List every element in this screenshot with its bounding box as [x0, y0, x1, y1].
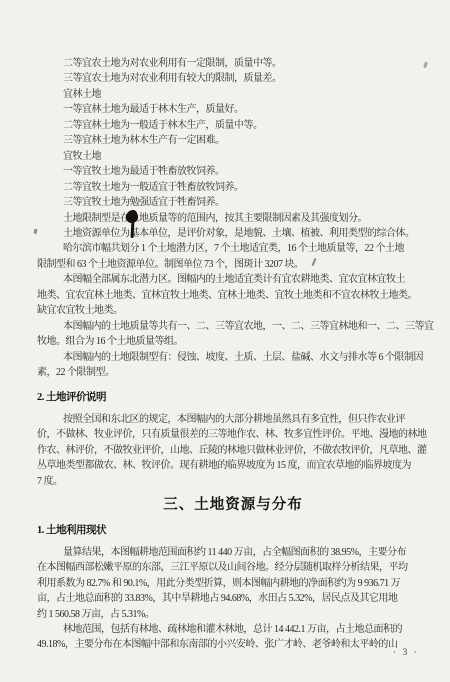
- text-line: 素，22 个限制型。: [37, 365, 429, 380]
- text-line: 哈尔滨市幅共划分 1 个土地潜力区，7 个土地适宜类，16 个土地质量等，22 …: [37, 241, 429, 256]
- text-line: 约 1 560.58 万亩，占 5.31%。: [37, 607, 429, 622]
- text-line: 地类、宜农宜林土地类、宜林宜牧土地类、宜林土地类、宜牧土地类和不宜农林牧土地类。: [37, 288, 429, 303]
- text-line: 三等宜林土地为林木生产有一定困难。: [37, 133, 429, 148]
- subsection-heading: 2. 土地评价说明: [37, 390, 429, 405]
- text-line: 限制型和 63 个土地资源单位。制图单位 73 个，图斑计 3207 块。: [37, 257, 429, 272]
- text-line: 土地限制型是在土地质量等的范围内，按其主要限制因素及其强度划分。: [37, 211, 429, 226]
- text-line: 林地范围，包括有林地、疏林地和灌木林地，总计 14 442.1 万亩，占土地总面…: [37, 622, 429, 637]
- text-line: 丛草地类型都做农、林、牧评价。现有耕地的临界坡度为 15 度，而宜农草地的临界坡…: [37, 458, 429, 473]
- text-line: 牧地。组合为 16 个土地质量等组。: [37, 334, 429, 349]
- text-line: 宜牧土地: [37, 149, 429, 164]
- text-line: 二等宜农土地为对农业利用有一定限制，质量中等。: [37, 56, 429, 71]
- text-line: 一等宜牧土地为最适于牲畜放牧饲养。: [37, 164, 429, 179]
- text-line: 量算结果，本图幅耕地范围面积约 11 440 万亩，占全幅图面积的 38.95%…: [37, 545, 429, 560]
- scanned-page: 二等宜农土地为对农业利用有一定限制，质量中等。三等宜农土地为对农业利用有较大的限…: [0, 0, 450, 682]
- text-line: 土地资源单位为基本单位，是评价对象，是地貌、土壤、植被、利用类型的综合体。: [37, 226, 429, 241]
- text-line: 缺宜农宜牧土地类。: [37, 303, 429, 318]
- text-line: 利用系数为 82.7% 和 90.1%，用此分类型折算，则本图幅内耕地的净面积约…: [37, 576, 429, 591]
- text-line: 一等宜林土地为最适于林木生产，质量好。: [37, 102, 429, 117]
- text-line: 亩，占土地总面积的 33.83%，其中旱耕地占 94.68%，水田占 5.32%…: [37, 591, 429, 606]
- text-line: 宜林土地: [37, 87, 429, 102]
- text-line: 作农、林评价，不做牧业评价，山地、丘陵的林地只做林业评价，不做农牧评价，凡草地、…: [37, 443, 429, 458]
- text-line: 三等宜农土地为对农业利用有较大的限制，质量差。: [37, 71, 429, 86]
- text-line: 本图幅内的土地质量等共有一、二、三等宜农地，一、二、三等宜林地和一、二、三等宜: [37, 319, 429, 334]
- page-number: · 3 ·: [393, 648, 419, 658]
- text-line: 本图幅全部属东北潜力区。图幅内的土地适宜类计有宜农耕地类、宜农宜林宜牧土: [37, 272, 429, 287]
- text-line: 二等宜林土地为一般适于林木生产，质量中等。: [37, 118, 429, 133]
- text-line: 三等宜牧土地为勉强适宜于牲畜饲养。: [37, 195, 429, 210]
- text-line: 7 度。: [37, 474, 429, 489]
- subsection-heading: 1. 土地利用现状: [37, 523, 429, 538]
- section-heading: 三、土地资源与分布: [37, 496, 429, 514]
- text-line: 本图幅内的土地限制型有：侵蚀、坡度、土质、土层、盐碱、水文与排水等 6 个限制因: [37, 350, 429, 365]
- document-body: 二等宜农土地为对农业利用有一定限制，质量中等。三等宜农土地为对农业利用有较大的限…: [37, 56, 429, 653]
- text-line: 二等宜牧土地为一般适宜于牲畜放牧饲养。: [37, 180, 429, 195]
- text-line: 价，不做林、牧业评价，只有质量很差的三等地作农、林、牧多宜性评价。平地、漫地的林…: [37, 427, 429, 442]
- text-line: 49.18%，主要分布在本图幅中部和东南部的小兴安岭、张广才岭、老爷岭和太平岭的…: [37, 637, 429, 652]
- text-line: 按照全国和东北区的规定，本图幅内的大部分耕地虽然具有多宜性，但只作农业评: [37, 412, 429, 427]
- text-line: 在本图幅西部松嫩平原的东部，三江平原以及山间谷地。经分层随机取样分析结果，平均: [37, 560, 429, 575]
